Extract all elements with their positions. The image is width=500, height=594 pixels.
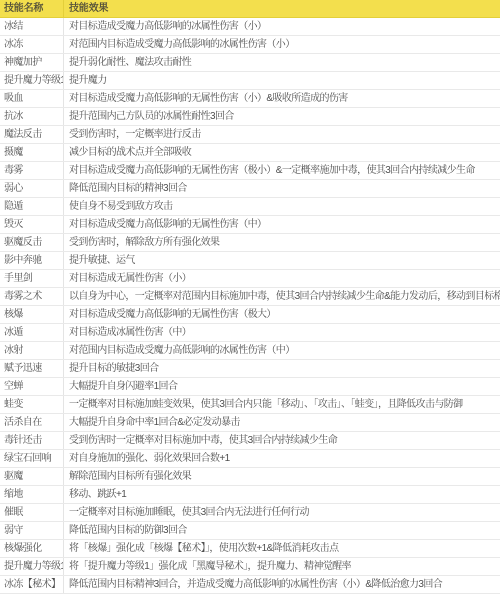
skill-effect-cell: 将「核爆」强化成「核爆【秘术】」，使用次数+1&降低消耗攻击点: [64, 540, 500, 557]
skill-effect-cell: 对目标造成受魔力高低影响的无属性伤害（极大）: [64, 306, 500, 323]
skill-name-cell: 核爆: [0, 306, 64, 323]
header-skill-name: 技能名称: [0, 0, 64, 17]
skill-effect-cell: 一定概率对目标施加蛙变效果，使其3回合内只能「移动」、「攻击」、「蛙变」，且降低…: [64, 396, 500, 413]
table-row: 影中奔驰提升敏捷、运气: [0, 252, 500, 270]
table-row: 魔法反击受到伤害时，一定概率进行反击: [0, 126, 500, 144]
skill-name-cell: 冰结: [0, 18, 64, 35]
table-row: 吸血对目标造成受魔力高低影响的无属性伤害（小）&吸收所造成的伤害: [0, 90, 500, 108]
skill-effect-cell: 使自身不易受到敌方攻击: [64, 198, 500, 215]
table-row: 毁灭对目标造成受魔力高低影响的无属性伤害（中）: [0, 216, 500, 234]
skill-effect-cell: 对目标造成冰属性伤害（中）: [64, 324, 500, 341]
table-header-row: 技能名称 技能效果: [0, 0, 500, 18]
table-row: 冰冻【秘术】降低范围内目标精神3回合，并造成受魔力高低影响的冰属性伤害（小）&降…: [0, 576, 500, 594]
table-row: 手里剑对目标造成无属性伤害（小）: [0, 270, 500, 288]
skill-effect-cell: 移动、跳跃+1: [64, 486, 500, 503]
table-row: 驱魔反击受到伤害时，解除敌方所有强化效果: [0, 234, 500, 252]
skill-effect-cell: 对范围内目标造成受魔力高低影响的冰属性伤害（中）: [64, 342, 500, 359]
skill-name-cell: 冰冻【秘术】: [0, 576, 64, 593]
skill-effect-cell: 提升范围内己方队员的冰属性耐性3回合: [64, 108, 500, 125]
skill-name-cell: 魔法反击: [0, 126, 64, 143]
skill-effect-cell: 减少目标的战术点并全部吸收: [64, 144, 500, 161]
skill-name-cell: 活杀自在: [0, 414, 64, 431]
table-row: 毒针还击受到伤害时一定概率对目标施加中毒，使其3回合内持续减少生命: [0, 432, 500, 450]
skill-effect-cell: 对目标造成受魔力高低影响的无属性伤害（小）&吸收所造成的伤害: [64, 90, 500, 107]
skill-effect-cell: 提升魔力: [64, 72, 500, 89]
skill-effect-cell: 对目标造成受魔力高低影响的冰属性伤害（小）: [64, 18, 500, 35]
skill-effect-cell: 一定概率对目标施加睡眠，使其3回合内无法进行任何行动: [64, 504, 500, 521]
skill-name-cell: 冰射: [0, 342, 64, 359]
skill-name-cell: 神魔加护: [0, 54, 64, 71]
skill-name-cell: 手里剑: [0, 270, 64, 287]
table-row: 神魔加护提升弱化耐性、魔法攻击耐性: [0, 54, 500, 72]
table-row: 隐遁使自身不易受到敌方攻击: [0, 198, 500, 216]
skill-name-cell: 毒雾: [0, 162, 64, 179]
skill-effect-cell: 对范围内目标造成受魔力高低影响的冰属性伤害（小）: [64, 36, 500, 53]
skill-effect-cell: 受到伤害时一定概率对目标施加中毒，使其3回合内持续减少生命: [64, 432, 500, 449]
skill-name-cell: 提升魔力等级1: [0, 72, 64, 89]
skill-effect-cell: 受到伤害时，一定概率进行反击: [64, 126, 500, 143]
table-row: 冰遁对目标造成冰属性伤害（中）: [0, 324, 500, 342]
skill-effect-cell: 对目标造成受魔力高低影响的无属性伤害（中）: [64, 216, 500, 233]
skill-name-cell: 弱守: [0, 522, 64, 539]
table-row: 毒雾对目标造成受魔力高低影响的无属性伤害（极小）&一定概率施加中毒，使其3回合内…: [0, 162, 500, 180]
table-row: 毒雾之术以自身为中心，一定概率对范围内目标施加中毒，使其3回合内持续减少生命&能…: [0, 288, 500, 306]
skill-name-cell: 赋予迅速: [0, 360, 64, 377]
skill-name-cell: 缩地: [0, 486, 64, 503]
skill-name-cell: 提升魔力等级1强: [0, 558, 64, 575]
skill-name-cell: 空蝉: [0, 378, 64, 395]
skill-effect-cell: 将「提升魔力等级1」强化成「黑魔导秘术」，提升魔力、精神觉醒率: [64, 558, 500, 575]
skill-name-cell: 摄魔: [0, 144, 64, 161]
skill-name-cell: 冰遁: [0, 324, 64, 341]
skill-effect-cell: 大幅提升自身命中率1回合&必定发动暴击: [64, 414, 500, 431]
table-row: 核爆强化将「核爆」强化成「核爆【秘术】」，使用次数+1&降低消耗攻击点: [0, 540, 500, 558]
skill-name-cell: 驱魔: [0, 468, 64, 485]
table-row: 催眠一定概率对目标施加睡眠，使其3回合内无法进行任何行动: [0, 504, 500, 522]
table-row: 空蝉大幅提升自身闪避率1回合: [0, 378, 500, 396]
skill-effect-cell: 降低范围内目标的精神3回合: [64, 180, 500, 197]
table-row: 活杀自在大幅提升自身命中率1回合&必定发动暴击: [0, 414, 500, 432]
skill-name-cell: 弱心: [0, 180, 64, 197]
skill-name-cell: 冰冻: [0, 36, 64, 53]
table-row: 弱守降低范围内目标的防御3回合: [0, 522, 500, 540]
skill-effect-cell: 对目标造成受魔力高低影响的无属性伤害（极小）&一定概率施加中毒，使其3回合内持续…: [64, 162, 500, 179]
table-row: 核爆对目标造成受魔力高低影响的无属性伤害（极大）: [0, 306, 500, 324]
skill-name-cell: 核爆强化: [0, 540, 64, 557]
skill-effect-cell: 提升敏捷、运气: [64, 252, 500, 269]
skill-name-cell: 毁灭: [0, 216, 64, 233]
table-row: 弱心降低范围内目标的精神3回合: [0, 180, 500, 198]
table-row: 抗冰提升范围内己方队员的冰属性耐性3回合: [0, 108, 500, 126]
skill-effect-cell: 降低范围内目标精神3回合，并造成受魔力高低影响的冰属性伤害（小）&降低治愈力3回…: [64, 576, 500, 593]
skill-name-cell: 毒针还击: [0, 432, 64, 449]
skill-table: 技能名称 技能效果 冰结对目标造成受魔力高低影响的冰属性伤害（小）冰冻对范围内目…: [0, 0, 500, 594]
skill-effect-cell: 以自身为中心，一定概率对范围内目标施加中毒，使其3回合内持续减少生命&能力发动后…: [64, 288, 500, 305]
table-row: 蛙变一定概率对目标施加蛙变效果，使其3回合内只能「移动」、「攻击」、「蛙变」，且…: [0, 396, 500, 414]
table-row: 缩地移动、跳跃+1: [0, 486, 500, 504]
skill-effect-cell: 对自身施加的强化、弱化效果回合数+1: [64, 450, 500, 467]
table-row: 提升魔力等级1强将「提升魔力等级1」强化成「黑魔导秘术」，提升魔力、精神觉醒率: [0, 558, 500, 576]
skill-name-cell: 蛙变: [0, 396, 64, 413]
table-row: 冰射对范围内目标造成受魔力高低影响的冰属性伤害（中）: [0, 342, 500, 360]
table-row: 摄魔减少目标的战术点并全部吸收: [0, 144, 500, 162]
skill-name-cell: 吸血: [0, 90, 64, 107]
skill-name-cell: 隐遁: [0, 198, 64, 215]
skill-effect-cell: 提升弱化耐性、魔法攻击耐性: [64, 54, 500, 71]
skill-effect-cell: 解除范围内目标所有强化效果: [64, 468, 500, 485]
skill-name-cell: 催眠: [0, 504, 64, 521]
table-row: 赋予迅速提升目标的敏捷3回合: [0, 360, 500, 378]
skill-name-cell: 影中奔驰: [0, 252, 64, 269]
skill-effect-cell: 降低范围内目标的防御3回合: [64, 522, 500, 539]
skill-effect-cell: 受到伤害时，解除敌方所有强化效果: [64, 234, 500, 251]
skill-table-body: 冰结对目标造成受魔力高低影响的冰属性伤害（小）冰冻对范围内目标造成受魔力高低影响…: [0, 18, 500, 594]
skill-name-cell: 毒雾之术: [0, 288, 64, 305]
table-row: 驱魔解除范围内目标所有强化效果: [0, 468, 500, 486]
skill-name-cell: 抗冰: [0, 108, 64, 125]
skill-effect-cell: 大幅提升自身闪避率1回合: [64, 378, 500, 395]
skill-name-cell: 绿宝石回响: [0, 450, 64, 467]
header-skill-effect: 技能效果: [64, 0, 500, 17]
skill-effect-cell: 对目标造成无属性伤害（小）: [64, 270, 500, 287]
skill-effect-cell: 提升目标的敏捷3回合: [64, 360, 500, 377]
table-row: 提升魔力等级1提升魔力: [0, 72, 500, 90]
table-row: 冰结对目标造成受魔力高低影响的冰属性伤害（小）: [0, 18, 500, 36]
table-row: 冰冻对范围内目标造成受魔力高低影响的冰属性伤害（小）: [0, 36, 500, 54]
skill-name-cell: 驱魔反击: [0, 234, 64, 251]
table-row: 绿宝石回响对自身施加的强化、弱化效果回合数+1: [0, 450, 500, 468]
